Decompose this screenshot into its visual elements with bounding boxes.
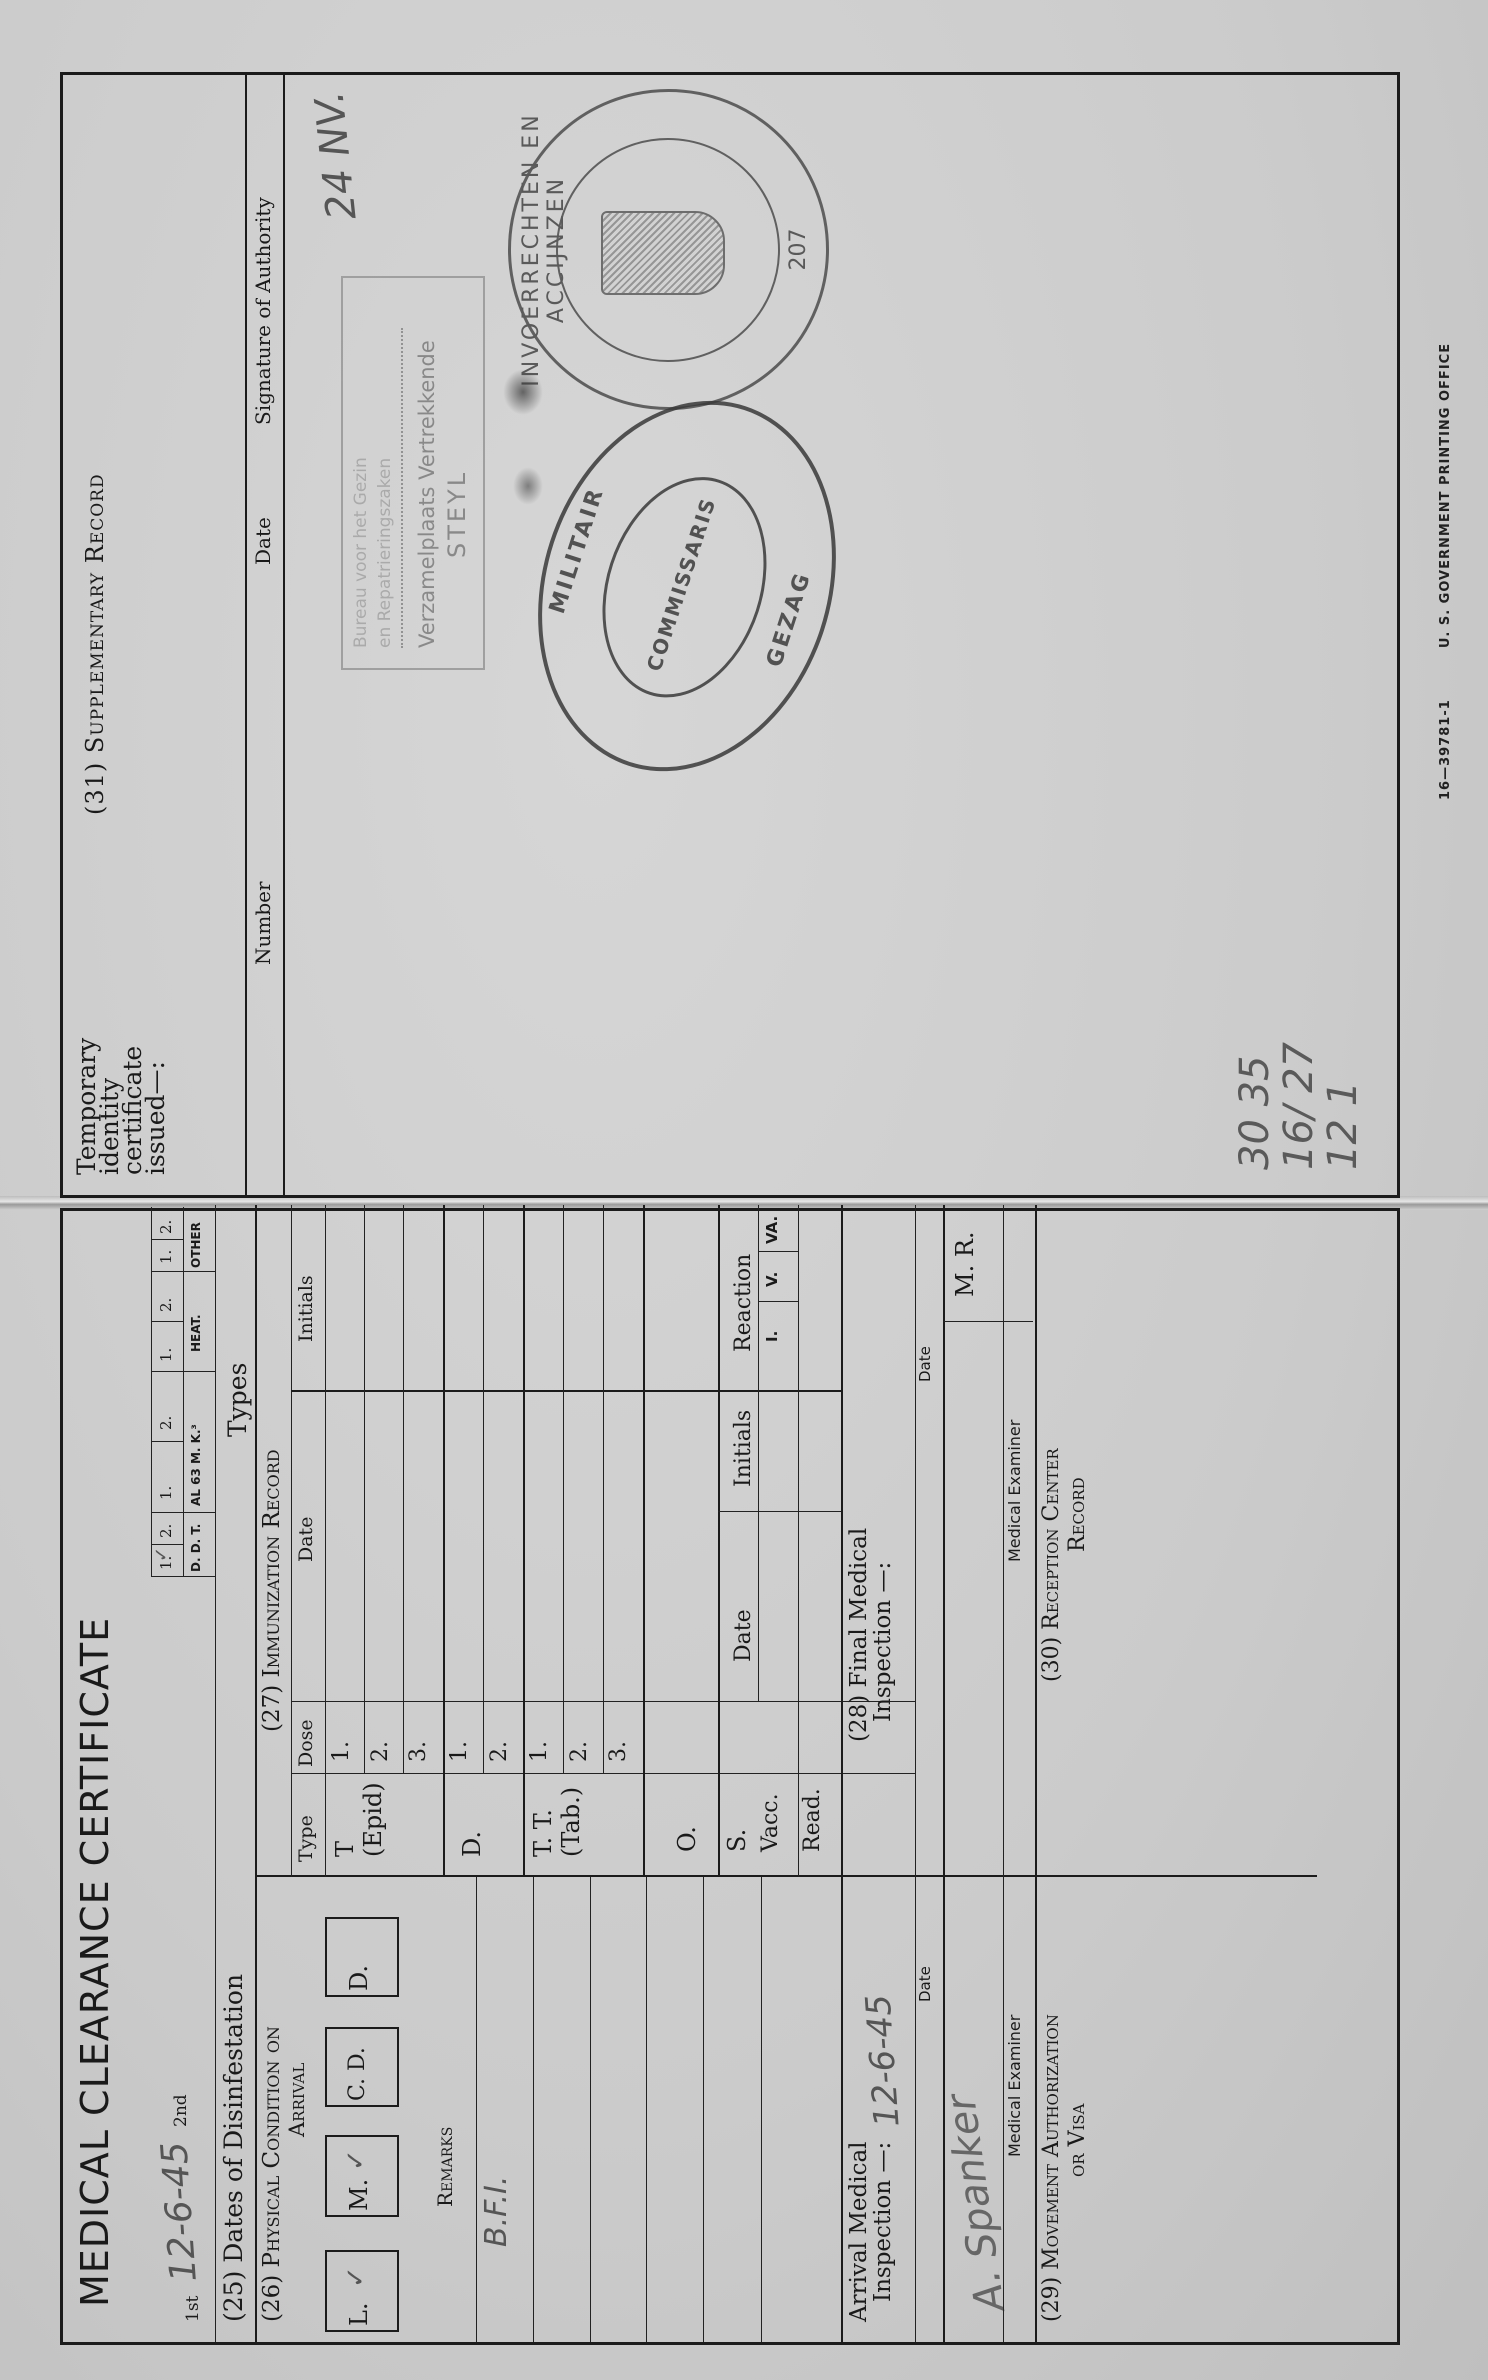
other-col-1: 1. <box>157 1250 175 1264</box>
heat-label: HEAT. <box>189 1314 203 1352</box>
imm-dose-header: Dose <box>295 1719 317 1767</box>
physical-condition-label: (26) Physical Condition on <box>259 2026 285 2322</box>
smallpox-read-label: Read. <box>800 1788 825 1852</box>
al63-col-2: 2. <box>157 1416 175 1430</box>
smallpox-reaction-header: Reaction <box>731 1254 756 1352</box>
form-number: 16—39781-1 <box>1438 699 1453 800</box>
imm-date-header: Date <box>295 1517 317 1562</box>
number-header: Number <box>251 881 275 965</box>
signature-header: Signature of Authority <box>251 197 275 425</box>
disinfestation-section-label: (25) Dates of Disinfestation <box>219 1974 248 2322</box>
supplementary-record-panel: Temporary identity certificate issued—: … <box>60 72 1400 1198</box>
repatriation-center-stamp: Bureau voor het Gezin en Repatrieringsza… <box>341 276 485 670</box>
other-label: OTHER <box>189 1222 203 1268</box>
movement-authorization-label: (29) Movement Authorization or Visa <box>1039 2014 1091 2322</box>
certificate-title: MEDICAL CLEARANCE CERTIFICATE <box>73 1617 117 2307</box>
imm-initials-header: Initials <box>295 1275 317 1342</box>
imm-row-d: D. <box>458 1831 486 1857</box>
heat-col-2: 2. <box>157 1298 175 1312</box>
customs-round-stamp: INVOERRECHTEN EN ACCIJNZEN 207 <box>508 89 829 410</box>
reception-center-label: (30) Reception Center Record <box>1039 1448 1091 1682</box>
remarks-value[interactable]: B.F.I. <box>479 2176 514 2247</box>
al63-col-1: 1. <box>157 1486 175 1500</box>
ink-smudge <box>513 467 543 505</box>
smallpox-initials-header: Initials <box>731 1410 756 1487</box>
first-date-value: 12-6-45 <box>154 2140 205 2283</box>
temporary-identity-label: Temporary identity certificate issued—: <box>75 955 167 1175</box>
imm-type-header: Type <box>295 1815 317 1862</box>
date-header: Date <box>251 517 275 565</box>
ddt-check-mark: ✓ <box>151 1547 172 1562</box>
printer-name: U. S. GOVERNMENT PRINTING OFFICE <box>1438 343 1453 648</box>
physical-condition-arrival: Arrival <box>285 2063 309 2137</box>
ddt-label: D. D. T. <box>189 1524 203 1572</box>
final-date-label: Date <box>916 1346 934 1382</box>
final-medical-label: (28) Final Medical Inspection —: <box>847 1528 895 1742</box>
immunization-section-label: (27) Immunization Record <box>259 1449 285 1732</box>
arrival-medical-label: Arrival Medical Inspection —: <box>847 2141 895 2322</box>
first-date-label: 1st <box>183 2296 203 2322</box>
condition-box-d[interactable]: D. <box>325 1917 399 1997</box>
final-examiner-label: Medical Examiner <box>1005 1420 1024 1562</box>
medical-clearance-panel: MEDICAL CLEARANCE CERTIFICATE 1. ✓ 2. 1.… <box>60 1208 1400 2345</box>
form-footer: 16—39781-1 U. S. GOVERNMENT PRINTING OFF… <box>1438 343 1453 800</box>
smallpox-label: S. <box>723 1829 751 1852</box>
authority-signature: 24 NV. <box>306 89 365 222</box>
imm-row-tt-tab: T. T.(Tab.) <box>529 1787 585 1857</box>
al63-label: AL 63 M. K.³ <box>189 1424 203 1506</box>
smallpox-vacc-label: Vacc. <box>758 1793 783 1852</box>
ink-smudge <box>503 369 543 415</box>
other-col-2: 2. <box>157 1220 175 1234</box>
supplementary-section-title: (31) Supplementary Record <box>81 473 109 815</box>
condition-box-m[interactable]: M. ✓ <box>325 2135 399 2217</box>
smallpox-date-header: Date <box>731 1609 756 1662</box>
second-date-label: 2nd <box>171 2094 191 2127</box>
condition-box-l[interactable]: L. ✓ <box>325 2250 399 2332</box>
arrival-date-value[interactable]: 12-6-45 <box>858 1993 907 2128</box>
arrival-examiner-label: Medical Examiner <box>1005 2015 1024 2157</box>
arrival-date-label: Date <box>916 1966 934 2002</box>
mr-label: M. R. <box>951 1231 979 1297</box>
stamp-emblem-icon <box>601 211 725 295</box>
imm-row-o: O. <box>673 1826 701 1852</box>
types-label: Types <box>223 1363 252 1437</box>
handwritten-numbers: 30 35 16/ 27 12 1 <box>1233 1042 1365 1170</box>
remarks-label: Remarks <box>433 2127 457 2207</box>
ddt-col-2: 2. <box>157 1524 175 1538</box>
imm-row-t-epid: T(Epid) <box>331 1782 387 1857</box>
military-authority-oval-stamp: MILITAIR GEZAG COMMISSARIS <box>492 362 883 810</box>
heat-col-1: 1. <box>157 1348 175 1362</box>
condition-box-cd[interactable]: C. D. <box>325 2027 399 2107</box>
